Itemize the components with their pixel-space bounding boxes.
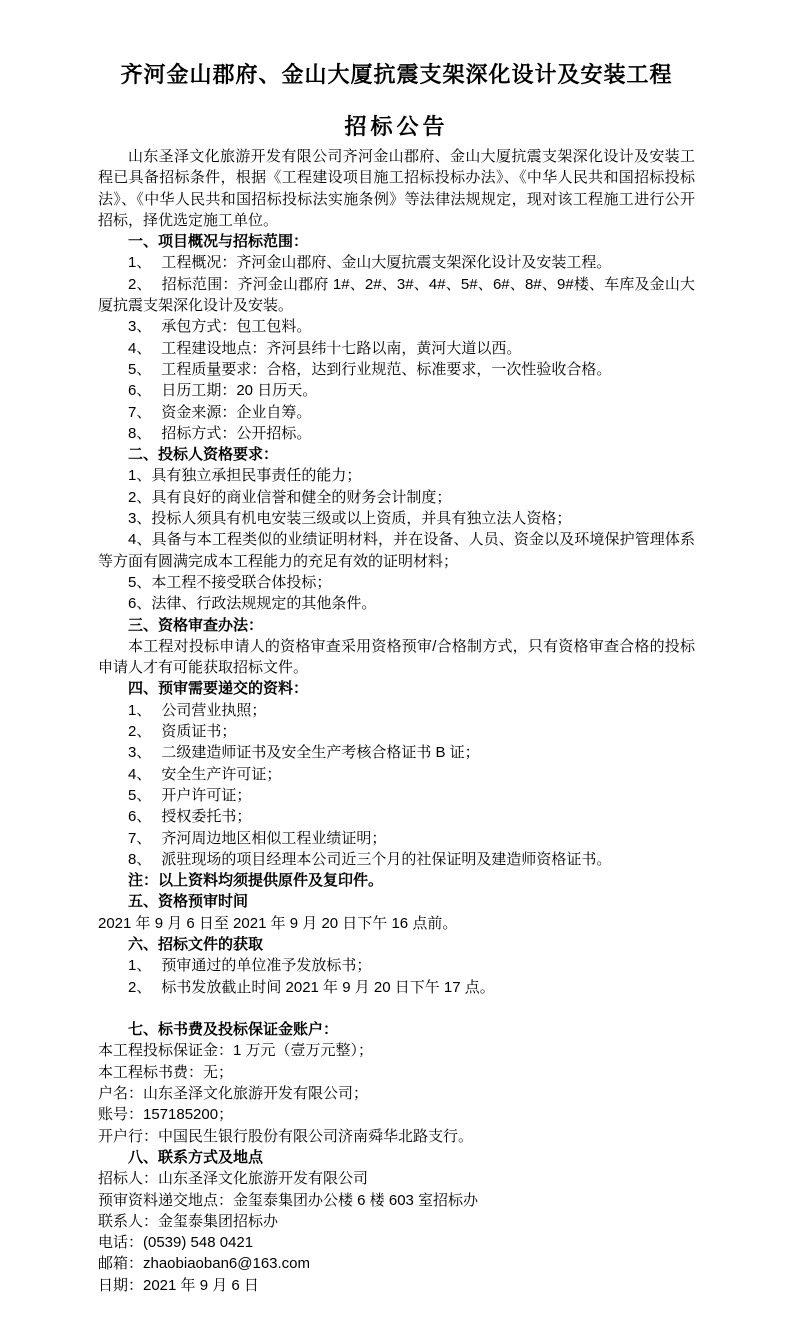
detail-line: 2021 年 9 月 6 日至 2021 年 9 月 20 日下午 16 点前。: [98, 913, 695, 934]
detail-line: 户名：山东圣泽文化旅游开发有限公司；: [98, 1083, 695, 1104]
item-number: 2、: [128, 489, 151, 506]
list-item: 6、法律、行政法规规定的其他条件。: [98, 593, 695, 614]
item-number: 6、: [128, 808, 151, 825]
item-number: 2、: [128, 276, 152, 293]
blank-line: [98, 998, 695, 1019]
detail-line: 日期：2021 年 9 月 6 日: [98, 1275, 695, 1296]
intro-paragraph: 山东圣泽文化旅游开发有限公司齐河金山郡府、金山大厦抗震支架深化设计及安装工程已具…: [98, 146, 695, 231]
item-text: 派驻现场的项目经理本公司近三个月的社保证明及建造师资格证书。: [161, 851, 611, 868]
item-text: 法律、行政法规规定的其他条件。: [151, 595, 376, 612]
item-number: 3、: [128, 318, 151, 335]
item-number: 1、: [128, 467, 151, 484]
item-number: 7、: [128, 830, 151, 847]
item-text: 工程概况：齐河金山郡府、金山大厦抗震支架深化设计及安装工程。: [161, 254, 611, 271]
list-item: 1、预审通过的单位准予发放标书；: [98, 955, 695, 976]
item-number: 4、: [128, 766, 151, 783]
list-item: 6、授权委托书；: [98, 806, 695, 827]
item-text: 开户许可证；: [161, 787, 251, 804]
document-subtitle: 招标公告: [98, 112, 695, 142]
item-number: 6、: [128, 595, 151, 612]
item-text: 招标范围：齐河金山郡府 1#、2#、3#、4#、5#、6#、8#、9#楼、车库及…: [98, 276, 695, 314]
list-item: 7、资金来源：企业自筹。: [98, 402, 695, 423]
detail-line: 邮箱：zhaobiaoban6@163.com: [98, 1253, 695, 1274]
section-paragraph: 本工程对投标申请人的资格审查采用资格预审/合格制方式，只有资格审查合格的投标申请…: [98, 636, 695, 679]
item-text: 标书发放截止时间 2021 年 9 月 20 日下午 17 点。: [161, 979, 494, 996]
item-text: 预审通过的单位准予发放标书；: [161, 957, 371, 974]
list-item: 7、齐河周边地区相似工程业绩证明；: [98, 828, 695, 849]
item-number: 1、: [128, 957, 151, 974]
item-text: 授权委托书；: [161, 808, 251, 825]
detail-line: 账号：157185200；: [98, 1104, 695, 1125]
item-number: 5、: [128, 361, 151, 378]
list-item: 8、派驻现场的项目经理本公司近三个月的社保证明及建造师资格证书。: [98, 849, 695, 870]
detail-line: 本工程投标保证金：1 万元（壹万元整）；: [98, 1040, 695, 1061]
item-text: 具有良好的商业信誉和健全的财务会计制度；: [151, 489, 451, 506]
item-text: 工程建设地点：齐河县纬十七路以南，黄河大道以西。: [161, 340, 521, 357]
item-number: 5、: [128, 574, 151, 591]
item-number: 5、: [128, 787, 151, 804]
detail-line: 招标人：山东圣泽文化旅游开发有限公司: [98, 1168, 695, 1189]
item-number: 2、: [128, 723, 151, 740]
list-item: 4、具备与本工程类似的业绩证明材料，并在设备、人员、资金以及环境保护管理体系等方…: [98, 529, 695, 572]
item-number: 3、: [128, 510, 151, 527]
item-number: 8、: [128, 851, 151, 868]
list-item: 3、承包方式：包工包料。: [98, 316, 695, 337]
item-text: 资质证书；: [161, 723, 236, 740]
list-item: 5、工程质量要求：合格，达到行业规范、标准要求，一次性验收合格。: [98, 359, 695, 380]
item-text: 安全生产许可证；: [161, 766, 281, 783]
list-item: 2、标书发放截止时间 2021 年 9 月 20 日下午 17 点。: [98, 977, 695, 998]
document-page: 齐河金山郡府、金山大厦抗震支架深化设计及安装工程 招标公告 山东圣泽文化旅游开发…: [0, 0, 793, 1338]
list-item: 8、招标方式：公开招标。: [98, 423, 695, 444]
list-item: 4、工程建设地点：齐河县纬十七路以南，黄河大道以西。: [98, 338, 695, 359]
item-text: 具备与本工程类似的业绩证明材料，并在设备、人员、资金以及环境保护管理体系等方面有…: [98, 531, 695, 569]
item-text: 齐河周边地区相似工程业绩证明；: [161, 830, 386, 847]
section-heading: 一、项目概况与招标范围：: [98, 231, 695, 252]
list-item: 3、投标人须具有机电安装三级或以上资质，并具有独立法人资格；: [98, 508, 695, 529]
list-item: 1、具有独立承担民事责任的能力；: [98, 465, 695, 486]
item-text: 招标方式：公开招标。: [161, 425, 311, 442]
list-item: 6、日历工期：20 日历天。: [98, 380, 695, 401]
detail-line: 本工程标书费：无；: [98, 1062, 695, 1083]
document-body: 山东圣泽文化旅游开发有限公司齐河金山郡府、金山大厦抗震支架深化设计及安装工程已具…: [98, 146, 695, 1296]
section-heading: 七、标书费及投标保证金账户：: [98, 1019, 695, 1040]
detail-line: 预审资料递交地点：金玺泰集团办公楼 6 楼 603 室招标办: [98, 1190, 695, 1211]
list-item: 1、公司营业执照；: [98, 700, 695, 721]
item-number: 1、: [128, 702, 151, 719]
detail-line: 联系人：金玺泰集团招标办: [98, 1211, 695, 1232]
item-number: 4、: [128, 340, 151, 357]
item-number: 4、: [128, 531, 152, 548]
list-item: 2、招标范围：齐河金山郡府 1#、2#、3#、4#、5#、6#、8#、9#楼、车…: [98, 274, 695, 317]
section-heading: 三、资格审查办法：: [98, 615, 695, 636]
item-number: 3、: [128, 744, 151, 761]
section-heading: 五、资格预审时间: [98, 891, 695, 912]
document-title: 齐河金山郡府、金山大厦抗震支架深化设计及安装工程: [98, 60, 695, 90]
section-heading: 八、联系方式及地点: [98, 1147, 695, 1168]
section-heading: 四、预审需要递交的资料：: [98, 678, 695, 699]
list-item: 5、开户许可证；: [98, 785, 695, 806]
item-text: 日历工期：20 日历天。: [161, 382, 317, 399]
item-text: 承包方式：包工包料。: [161, 318, 311, 335]
section-heading: 六、招标文件的获取: [98, 934, 695, 955]
item-text: 公司营业执照；: [161, 702, 266, 719]
item-number: 8、: [128, 425, 151, 442]
item-number: 7、: [128, 404, 151, 421]
item-text: 投标人须具有机电安装三级或以上资质，并具有独立法人资格；: [151, 510, 571, 527]
list-item: 4、安全生产许可证；: [98, 764, 695, 785]
list-item: 2、资质证书；: [98, 721, 695, 742]
item-number: 1、: [128, 254, 151, 271]
detail-line: 电话：(0539) 548 0421: [98, 1232, 695, 1253]
item-text: 工程质量要求：合格，达到行业规范、标准要求，一次性验收合格。: [161, 361, 611, 378]
list-item: 1、工程概况：齐河金山郡府、金山大厦抗震支架深化设计及安装工程。: [98, 252, 695, 273]
note-line: 注：以上资料均须提供原件及复印件。: [98, 870, 695, 891]
item-number: 2、: [128, 979, 151, 996]
item-text: 具有独立承担民事责任的能力；: [151, 467, 361, 484]
list-item: 5、本工程不接受联合体投标；: [98, 572, 695, 593]
section-heading: 二、投标人资格要求：: [98, 444, 695, 465]
list-item: 2、具有良好的商业信誉和健全的财务会计制度；: [98, 487, 695, 508]
item-text: 资金来源：企业自筹。: [161, 404, 311, 421]
item-number: 6、: [128, 382, 151, 399]
detail-line: 开户行：中国民生银行股份有限公司济南舜华北路支行。: [98, 1126, 695, 1147]
item-text: 二级建造师证书及安全生产考核合格证书 B 证；: [161, 744, 479, 761]
item-text: 本工程不接受联合体投标；: [151, 574, 331, 591]
list-item: 3、二级建造师证书及安全生产考核合格证书 B 证；: [98, 742, 695, 763]
